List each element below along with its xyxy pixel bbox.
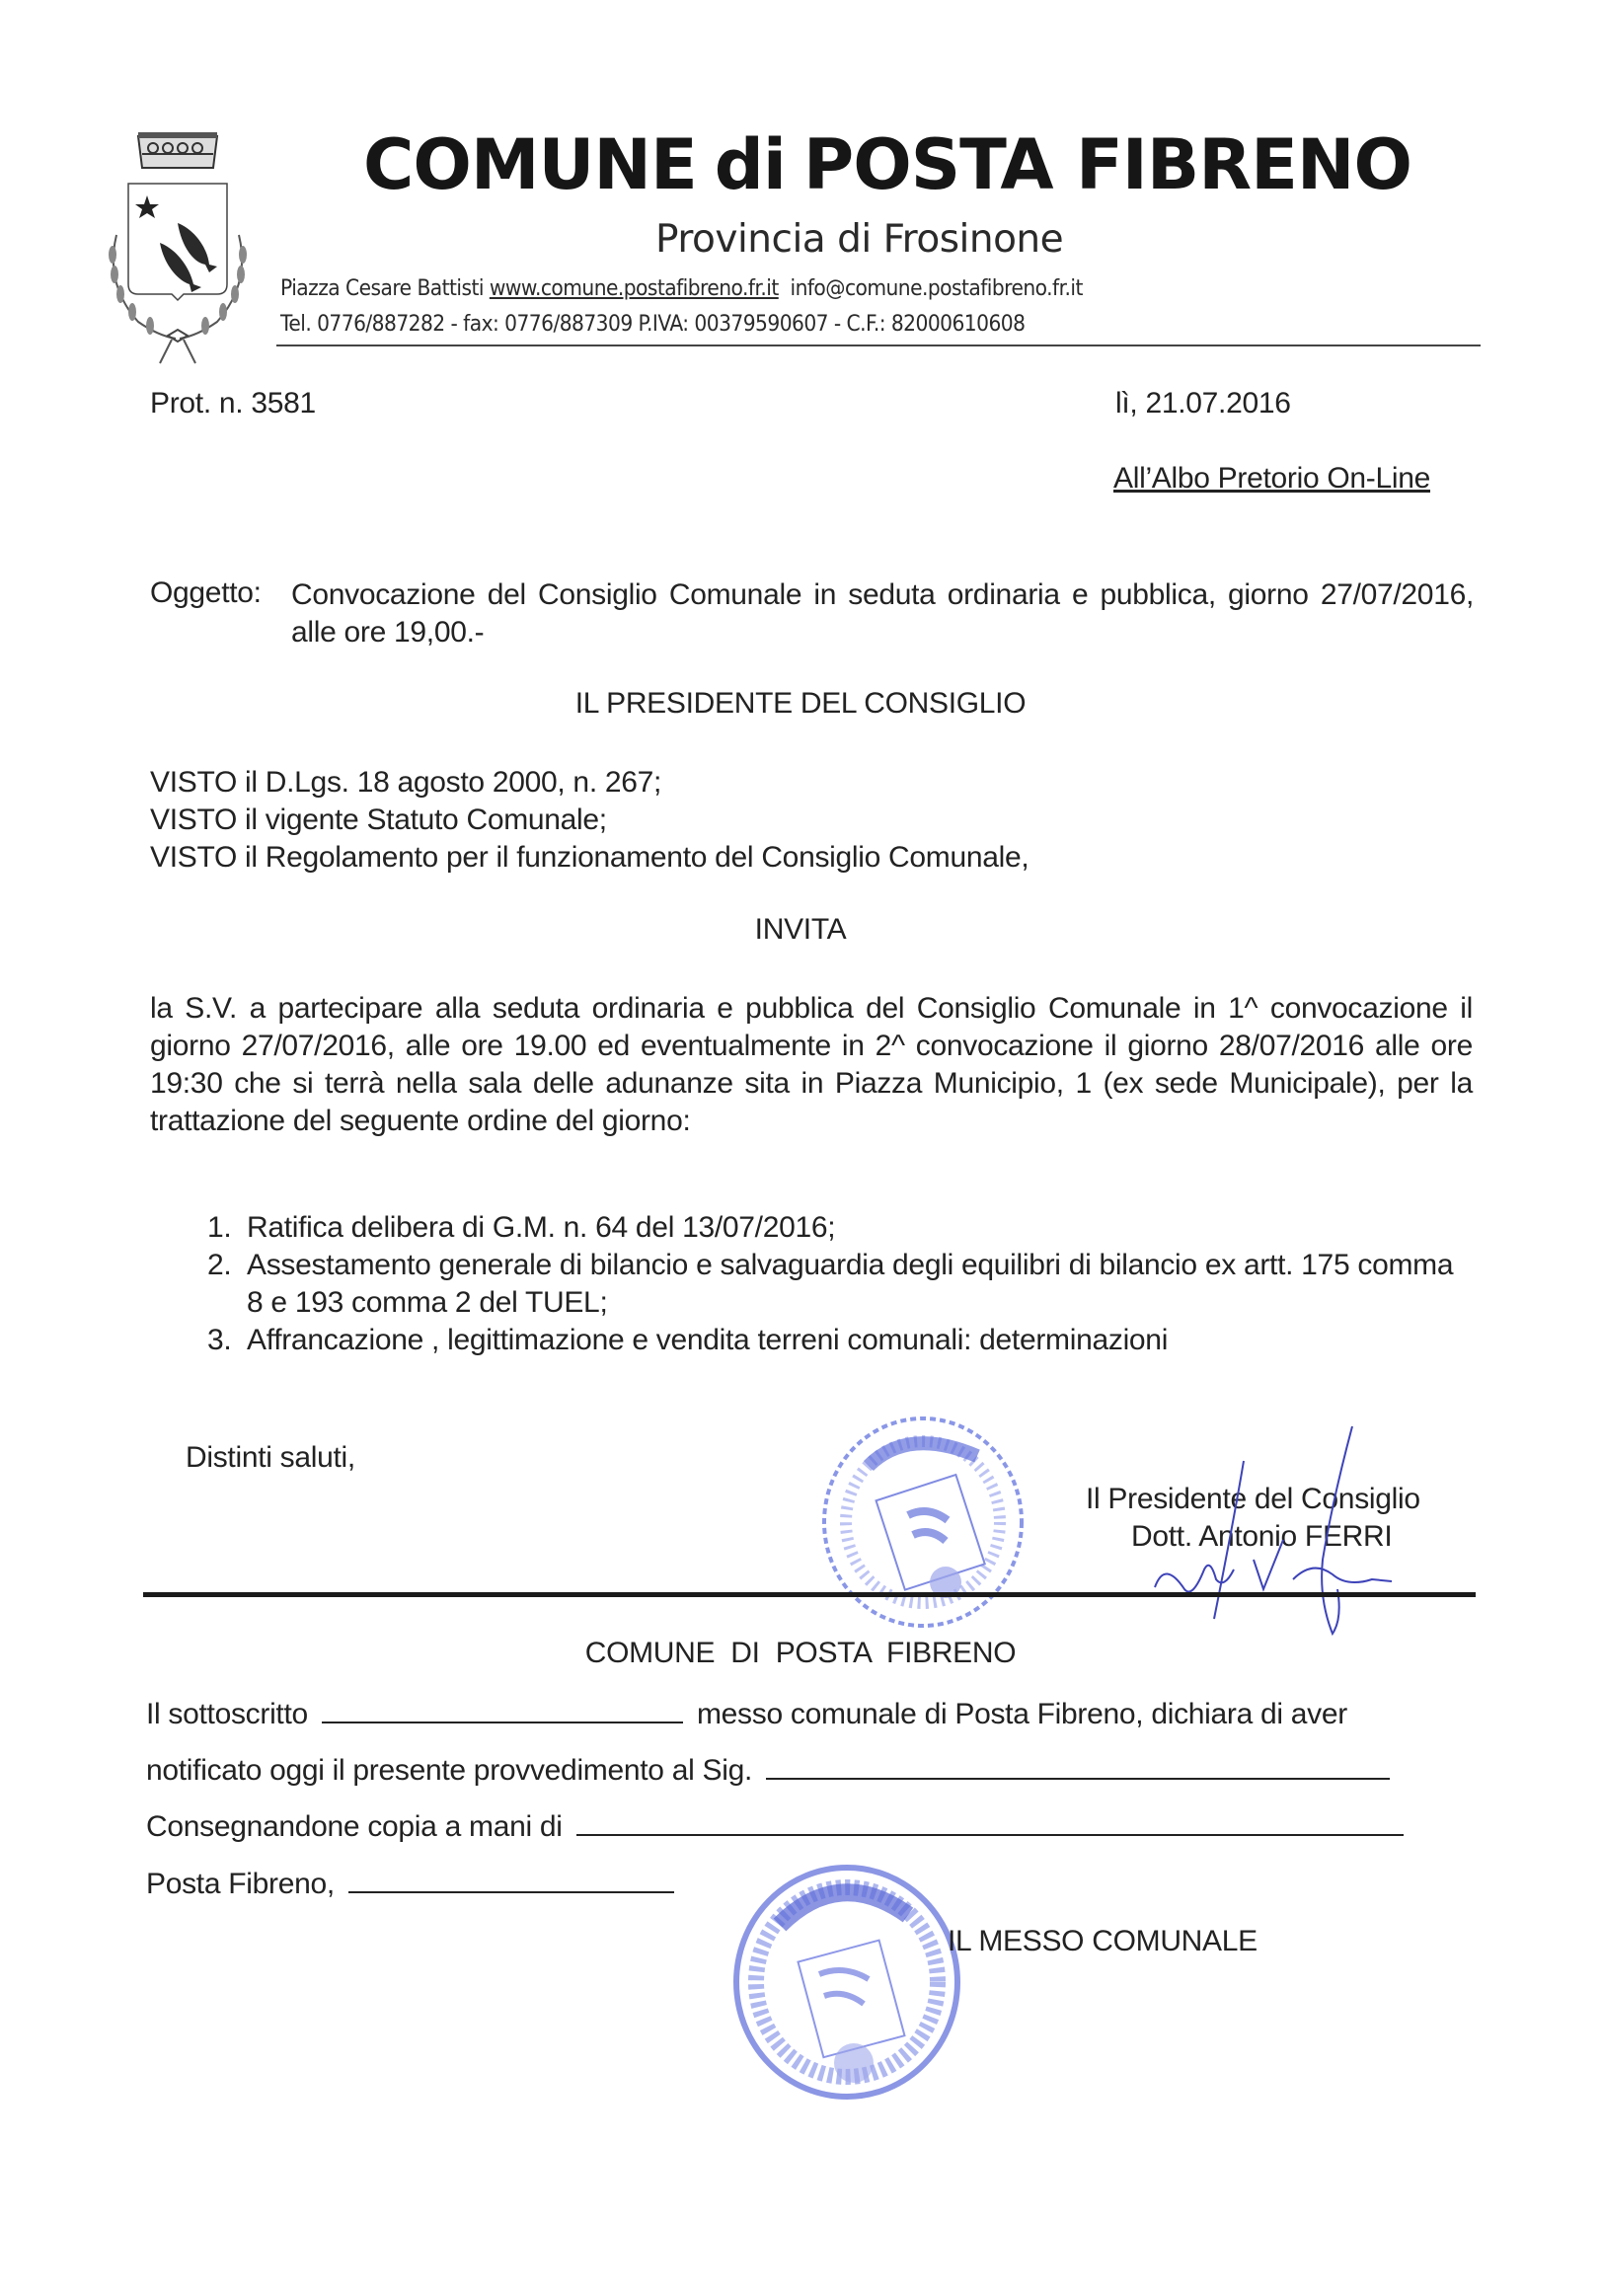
municipal-stamp-icon [721,1856,977,2112]
messo-comunale-label: IL MESSO COMUNALE [948,1925,1258,1958]
municipal-stamp-icon [809,1407,1036,1639]
notification-date-field[interactable] [348,1866,674,1893]
email-address[interactable]: info@comune.postafibreno.fr.it [791,276,1083,301]
notification-row-delivered: Consegnandone copia a mani di [146,1808,1410,1844]
notification-row-recipient: notificato oggi il presente provvediment… [146,1752,1396,1788]
messo-name-field[interactable] [322,1696,683,1723]
recipient: All’Albo Pretorio On-Line [1113,462,1430,496]
delivered-to-field[interactable] [576,1808,1404,1836]
contact-phone-line: Tel. 0776/887282 - fax: 0776/887309 P.IV… [280,312,1025,337]
visto-list: VISTO il D.Lgs. 18 agosto 2000, n. 267; … [150,764,1029,877]
agenda-item: 2.Assestamento generale di bilancio e sa… [207,1247,1481,1322]
contact-address-line: Piazza Cesare Battisti www.comune.postaf… [280,276,1083,301]
title-di: di [715,124,786,205]
handwritten-signature-icon [1145,1421,1402,1639]
subject-text: Convocazione del Consiglio Comunale in s… [291,576,1474,651]
visto-item: VISTO il D.Lgs. 18 agosto 2000, n. 267; [150,764,1029,802]
notification-row-date: Posta Fibreno, [146,1866,680,1901]
municipality-title: COMUNEdiPOSTA FIBRENO [363,124,1411,205]
protocol-number: Prot. n. 3581 [150,387,316,421]
website-link[interactable]: www.comune.postafibreno.fr.it [490,276,779,301]
invitation-paragraph: la S.V. a partecipare alla seduta ordina… [150,990,1473,1140]
agenda-item: 1.Ratifica delibera di G.M. n. 64 del 13… [207,1209,1481,1247]
title-town: POSTA FIBRENO [803,124,1411,205]
notification-heading: COMUNE DI POSTA FIBRENO [0,1637,1601,1670]
recipient-name-field[interactable] [766,1752,1390,1780]
section-divider [143,1592,1476,1597]
province-name: Provincia di Frosinone [655,217,1063,262]
agenda-list: 1.Ratifica delibera di G.M. n. 64 del 13… [207,1209,1481,1359]
document-date: lì, 21.07.2016 [1115,387,1291,421]
closing-greeting: Distinti saluti, [186,1441,355,1475]
notification-row-messo: Il sottoscritto messo comunale di Posta … [146,1696,1347,1731]
address: Piazza Cesare Battisti [280,276,484,301]
visto-item: VISTO il vigente Statuto Comunale; [150,802,1029,839]
agenda-item: 3.Affrancazione , legittimazione e vendi… [207,1322,1481,1359]
invita-heading: INVITA [0,913,1601,947]
header-divider [276,344,1481,346]
president-heading: IL PRESIDENTE DEL CONSIGLIO [0,687,1601,721]
title-comune: COMUNE [363,124,697,205]
coat-of-arms-icon [99,126,257,368]
visto-item: VISTO il Regolamento per il funzionament… [150,839,1029,877]
subject-label: Oggetto: [150,576,262,610]
